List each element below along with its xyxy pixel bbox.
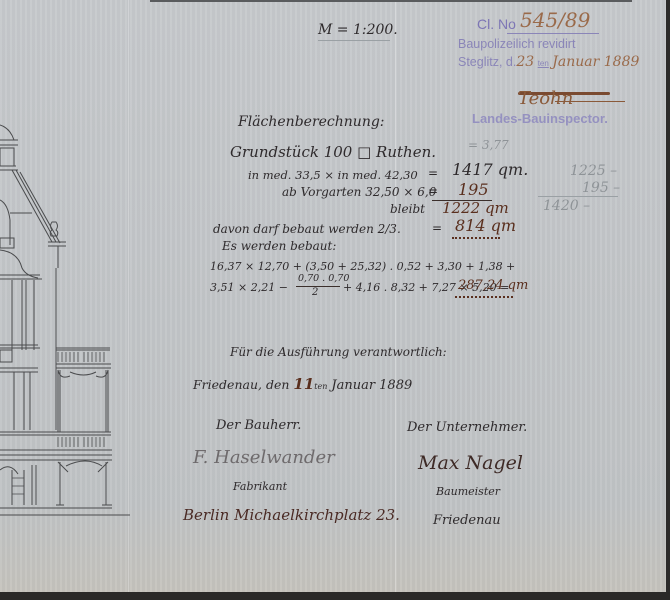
builder-occupation: Fabrikant bbox=[233, 480, 287, 493]
formula-line-2a: 3,51 × 2,21 − bbox=[210, 281, 288, 294]
margin-sum-a: 1225 – bbox=[570, 163, 617, 179]
paper-fold bbox=[395, 0, 396, 593]
calc-row1-label: in med. 33,5 × in med. 42,30 bbox=[248, 168, 418, 182]
formula-line-1: 16,37 × 12,70 + (3,50 + 25,32) . 0,52 + … bbox=[210, 260, 515, 273]
plot-size: Grundstück 100 □ Ruthen. bbox=[230, 143, 436, 161]
built-heading: Es werden bebaut: bbox=[222, 239, 336, 253]
margin-sum-b: 195 – bbox=[582, 180, 620, 196]
builder-address: Berlin Michaelkirchplatz 23. bbox=[183, 506, 400, 524]
signature-tail bbox=[555, 101, 625, 102]
contractor-signature: Max Nagel bbox=[418, 452, 523, 474]
stamp-class-label: Cl. No bbox=[477, 16, 516, 32]
margin-sum-total: 1420 – bbox=[543, 198, 590, 214]
scale-label: M = 1:200. bbox=[318, 22, 398, 38]
stamp-inspector-title: Landes-Bauinspector. bbox=[472, 111, 608, 126]
formula-fraction-numerator: 0,70 . 0,70 bbox=[298, 273, 349, 284]
stamp-line-place-date: Steglitz, d.23 ten Januar 1889 bbox=[458, 54, 639, 70]
place-date-prefix: Friedenau, den bbox=[193, 377, 289, 392]
calc-row4-label: davon darf bebaut werden 2/3. bbox=[213, 222, 401, 236]
calc-row1-value: 1417 qm. bbox=[452, 160, 528, 179]
result-underline bbox=[455, 293, 513, 298]
stamp-class-number: 545/89 bbox=[520, 8, 590, 32]
place-date-month-year: Januar 1889 bbox=[331, 378, 412, 393]
margin-sum-line bbox=[538, 196, 618, 197]
document-sheet: M = 1:200. Cl. No 545/89 Baupolizeilich … bbox=[0, 0, 668, 593]
stamp-line-revised: Baupolizeilich revidirt bbox=[458, 37, 575, 51]
margin-note: = 3,77 bbox=[468, 138, 509, 152]
scale-underline bbox=[318, 40, 390, 41]
inspector-signature: Teohn bbox=[518, 88, 573, 109]
calc-row3-value: 1222 qm bbox=[442, 199, 509, 217]
place-date: Friedenau, den 11ten Januar 1889 bbox=[193, 375, 412, 393]
calc-row2-eq: = bbox=[428, 184, 438, 198]
builder-label: Der Bauherr. bbox=[216, 418, 301, 433]
calc-row1-eq: = bbox=[428, 166, 438, 180]
frame-border-right bbox=[666, 0, 670, 600]
frame-border-bottom bbox=[0, 592, 670, 600]
formula-result: 287,24 qm bbox=[458, 278, 528, 293]
frame-top-line bbox=[150, 0, 632, 2]
responsibility-line: Für die Ausführung verantwortlich: bbox=[230, 345, 447, 359]
formula-fraction-denominator: 2 bbox=[312, 287, 318, 298]
stamp-month-year: Januar 1889 bbox=[552, 54, 639, 70]
calc-row4-value: 814 qm bbox=[455, 216, 516, 235]
builder-signature: F. Haselwander bbox=[193, 447, 335, 468]
calc-row2-label: ab Vorgarten 32,50 × 6,0 bbox=[282, 185, 436, 199]
stamp-day: 23 bbox=[516, 54, 534, 70]
calc-row4-eq: = bbox=[432, 221, 442, 235]
stamp-day-suffix: ten bbox=[538, 59, 549, 68]
place-date-day-suffix: ten bbox=[314, 382, 327, 391]
contractor-label: Der Unternehmer. bbox=[407, 420, 527, 435]
contractor-occupation: Baumeister bbox=[436, 485, 500, 498]
place-date-day: 11 bbox=[293, 375, 314, 393]
calc-heading: Flächenberechnung: bbox=[238, 114, 385, 130]
stamp-number-line bbox=[507, 33, 599, 34]
stamp-place: Steglitz, d. bbox=[458, 55, 516, 69]
calc-row2-value: 195 bbox=[458, 180, 489, 199]
value-underline bbox=[452, 234, 500, 239]
facade-elevation-drawing bbox=[0, 0, 130, 520]
calc-row3-label: bleibt bbox=[390, 202, 425, 216]
contractor-place: Friedenau bbox=[433, 513, 501, 528]
